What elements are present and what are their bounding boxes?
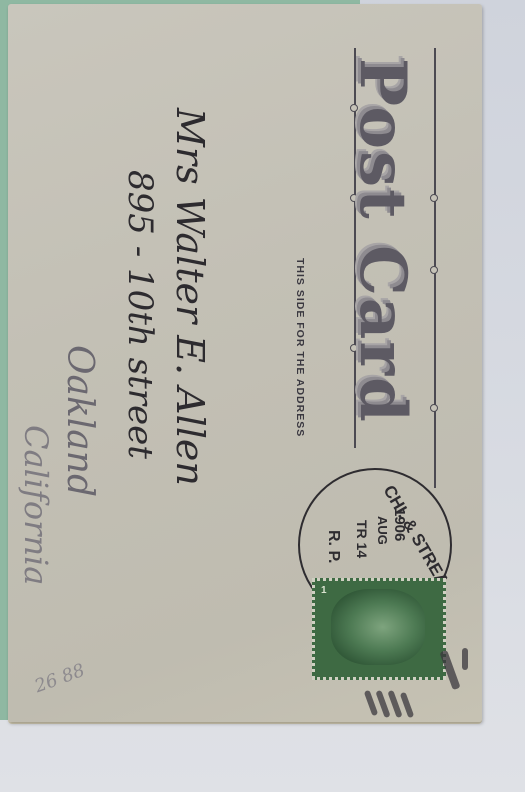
postmark-rp: R. P.: [324, 530, 342, 564]
address-line-street: 895 - 10th street: [120, 170, 160, 459]
postmark-year: 1906: [391, 508, 408, 541]
stamp-portrait: [331, 589, 425, 665]
postmark-month: AUG: [375, 516, 390, 545]
ornament-dot: [430, 404, 438, 412]
ornament-dot: [430, 194, 438, 202]
address-line-name: Mrs Walter E. Allen: [168, 108, 212, 486]
address-line-city: Oakland: [59, 345, 100, 497]
address-side-label: THIS SIDE FOR THE ADDRESS: [294, 258, 306, 437]
cancellation-bar: [462, 648, 468, 670]
postage-stamp: 1: [312, 578, 446, 680]
address-line-state: California: [17, 425, 55, 585]
post-card-title: Post Card: [345, 58, 420, 424]
postmark-train: TR 14: [354, 520, 370, 558]
stamp-denomination: 1: [321, 585, 327, 596]
ornament-dot: [430, 266, 438, 274]
